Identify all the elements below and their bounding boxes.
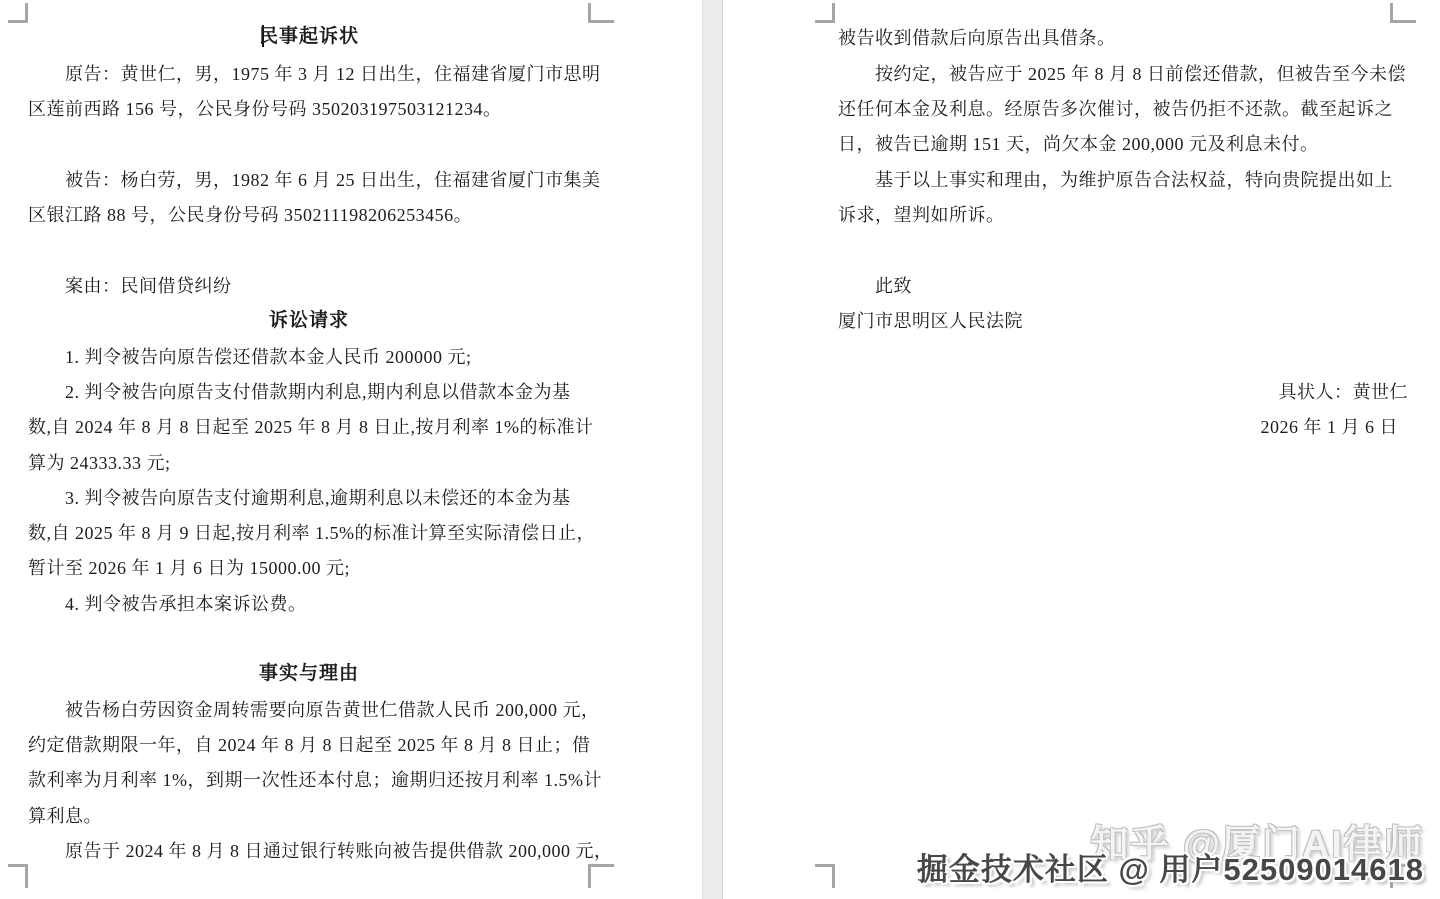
text-boundary-mark	[815, 3, 835, 23]
closing-date: 2026 年 1 月 6 日	[838, 414, 1416, 440]
page-2[interactable]: 被告收到借款后向原告出具借条。 按约定，被告应于 2025 年 8 月 8 日前…	[723, 0, 1440, 899]
claim-3-line-3: 暂计至 2026 年 1 月 6 日为 15000.00 元;	[28, 555, 590, 581]
claim-4-line-1: 4. 判令被告承担本案诉讼费。	[28, 591, 590, 617]
claim-1-line-1: 1. 判令被告向原告偿还借款本金人民币 200000 元;	[28, 344, 590, 370]
facts-heading: 事实与理由	[28, 661, 590, 687]
plaintiff-line-1: 原告：黄世仁，男，1975 年 3 月 12 日出生，住福建省厦门市思明	[28, 61, 590, 87]
defendant-line-2: 区银江路 88 号，公民身份号码 350211198206253456。	[28, 202, 590, 228]
text-boundary-mark	[8, 864, 28, 888]
page-gap	[702, 0, 723, 899]
claim-2-line-3: 算为 24333.33 元;	[28, 450, 590, 476]
page-1[interactable]: 民事起诉状 原告：黄世仁，男，1975 年 3 月 12 日出生，住福建省厦门市…	[0, 0, 702, 899]
facts-line-1: 被告杨白劳因资金周转需要向原告黄世仁借款人民币 200,000 元，	[28, 697, 590, 723]
facts-line-10: 基于以上事实和理由，为维护原告合法权益，特向贵院提出如上	[838, 167, 1416, 193]
defendant-line-1: 被告：杨白劳，男，1982 年 6 月 25 日出生，住福建省厦门市集美	[28, 167, 590, 193]
document-canvas: { "document": { "title": "民事起诉状", "left_…	[0, 0, 1440, 899]
document-title: 民事起诉状	[28, 24, 590, 50]
text-boundary-mark	[588, 864, 614, 888]
text-boundary-mark	[815, 864, 835, 888]
plaintiff-line-2: 区莲前西路 156 号，公民身份号码 350203197503121234。	[28, 96, 590, 122]
claim-2-line-2: 数,自 2024 年 8 月 8 日起至 2025 年 8 月 8 日止,按月利…	[28, 414, 590, 440]
facts-line-6: 被告收到借款后向原告出具借条。	[838, 25, 1416, 51]
facts-line-4: 算利息。	[28, 803, 590, 829]
facts-line-9: 日，被告已逾期 151 天，尚欠本金 200,000 元及利息未付。	[838, 131, 1416, 157]
facts-line-5: 原告于 2024 年 8 月 8 日通过银行转账向被告提供借款 200,000 …	[28, 838, 590, 864]
juejin-watermark: 掘金技术社区 @ 用户52509014618	[917, 844, 1424, 889]
claim-3-line-2: 数,自 2025 年 8 月 9 日起,按月利率 1.5%的标准计算至实际清偿日…	[28, 520, 590, 546]
facts-line-7: 按约定，被告应于 2025 年 8 月 8 日前偿还借款，但被告至今未偿	[838, 61, 1416, 87]
closing-court: 厦门市思明区人民法院	[838, 308, 1416, 334]
closing-salute: 此致	[838, 273, 1416, 299]
claim-3-line-1: 3. 判令被告向原告支付逾期利息,逾期利息以未偿还的本金为基	[28, 485, 590, 511]
facts-line-11: 诉求，望判如所诉。	[838, 202, 1416, 228]
claims-heading: 诉讼请求	[28, 308, 590, 334]
cause-of-action-line: 案由：民间借贷纠纷	[28, 273, 590, 299]
claim-2-line-1: 2. 判令被告向原告支付借款期内利息,期内利息以借款本金为基	[28, 379, 590, 405]
facts-line-3: 款利率为月利率 1%，到期一次性还本付息；逾期归还按月利率 1.5%计	[28, 767, 590, 793]
facts-line-2: 约定借款期限一年，自 2024 年 8 月 8 日起至 2025 年 8 月 8…	[28, 732, 590, 758]
text-boundary-mark	[8, 3, 28, 23]
closing-signer: 具状人：黄世仁	[838, 379, 1416, 405]
text-boundary-mark	[588, 3, 614, 23]
facts-line-8: 还任何本金及利息。经原告多次催讨，被告仍拒不还款。截至起诉之	[838, 96, 1416, 122]
text-boundary-mark	[1390, 3, 1416, 23]
